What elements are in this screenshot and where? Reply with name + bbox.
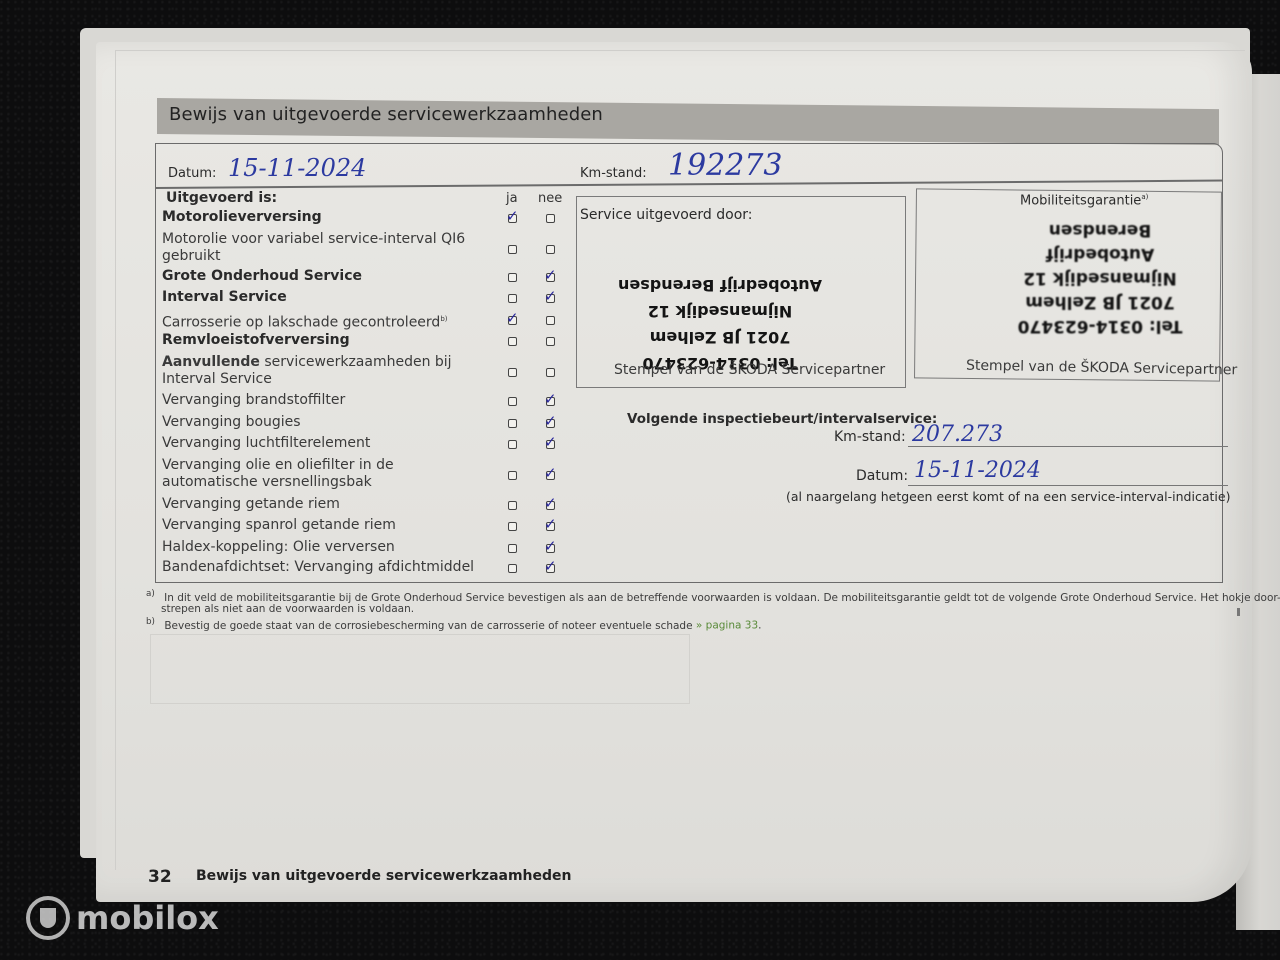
checkbox-ja[interactable] bbox=[508, 544, 517, 553]
stamp-phone: Tel: 0314-623470 bbox=[1000, 314, 1200, 338]
footnote-a: a) In dit veld de mobiliteitsgarantie bi… bbox=[146, 589, 1280, 604]
checklist-item-label: Vervanging olie en oliefilter in de auto… bbox=[162, 457, 492, 491]
checklist-item-text: Vervanging spanrol getande riem bbox=[162, 517, 396, 533]
page-reference-link[interactable]: » pagina 33 bbox=[696, 620, 758, 632]
checkbox-ja[interactable] bbox=[508, 273, 517, 282]
service-by-label: Service uitgevoerd door: bbox=[580, 207, 753, 223]
stamp-caption-service: Stempel van de ŠKODA Servicepartner bbox=[614, 362, 885, 378]
checkbox-ja[interactable] bbox=[508, 316, 517, 325]
checklist-item-label: Grote Onderhoud Service bbox=[162, 268, 492, 285]
checklist-item-text: Vervanging luchtfilterelement bbox=[162, 435, 370, 451]
checklist-item-text: Grote Onderhoud Service bbox=[162, 268, 362, 284]
footnote-mark: b) bbox=[440, 315, 447, 323]
mobilox-logo-icon bbox=[26, 896, 70, 940]
mobility-footnote-mark: a) bbox=[1141, 193, 1148, 201]
footnote-a-line2: strepen als niet aan de voorwaarden is v… bbox=[161, 603, 414, 615]
date-value-handwritten: 15-11-2024 bbox=[228, 154, 366, 182]
dealer-stamp: Tel: 0314-623470 7021 JB Zelhem Nijmanse… bbox=[600, 272, 840, 376]
checkbox-nee[interactable] bbox=[546, 419, 555, 428]
page-footer-title: Bewijs van uitgevoerde servicewerkzaamhe… bbox=[196, 868, 572, 884]
stamp-company: Autobedrijf Berendsen bbox=[600, 272, 840, 298]
footnote-b-tail: . bbox=[758, 620, 761, 632]
checkbox-ja[interactable] bbox=[508, 522, 517, 531]
checkbox-nee[interactable] bbox=[546, 440, 555, 449]
footnote-a-text: In dit veld de mobiliteitsgarantie bij d… bbox=[164, 592, 1280, 604]
checkbox-ja[interactable] bbox=[508, 245, 517, 254]
checklist-item-label: Carrosserie op lakschade gecontroleerdb) bbox=[162, 311, 492, 332]
km-label: Km-stand: bbox=[580, 166, 647, 181]
checklist-item-label: Motorolie voor variabel service-interval… bbox=[162, 231, 492, 265]
stamp-city: 7021 JB Zelhem bbox=[1000, 290, 1200, 314]
show-through-box bbox=[150, 634, 690, 704]
next-km-label: Km-stand: bbox=[834, 429, 906, 445]
performed-label: Uitgevoerd is: bbox=[166, 190, 277, 206]
page-number: 32 bbox=[148, 867, 172, 887]
checklist-item-text: Vervanging olie en oliefilter in de auto… bbox=[162, 457, 394, 490]
next-km-value-handwritten: 207.273 bbox=[912, 422, 1003, 447]
footnote-b-mark: b) bbox=[146, 617, 155, 627]
checkbox-ja[interactable] bbox=[508, 419, 517, 428]
checkbox-nee[interactable] bbox=[546, 564, 555, 573]
col-header-no: nee bbox=[538, 191, 562, 206]
checklist-item-label: Vervanging brandstoffilter bbox=[162, 392, 492, 409]
checkbox-ja[interactable] bbox=[508, 471, 517, 480]
checkbox-nee[interactable] bbox=[546, 544, 555, 553]
checkbox-nee[interactable] bbox=[546, 245, 555, 254]
next-service-note: (al naargelang hetgeen eerst komt of na … bbox=[786, 489, 1230, 504]
section-title: Bewijs van uitgevoerde servicewerkzaamhe… bbox=[169, 104, 603, 125]
next-date-value-handwritten: 15-11-2024 bbox=[914, 458, 1041, 483]
watermark-text: mobilox bbox=[76, 899, 219, 937]
checkbox-ja[interactable] bbox=[508, 368, 517, 377]
checkbox-nee[interactable] bbox=[546, 294, 555, 303]
checkbox-ja[interactable] bbox=[508, 337, 517, 346]
checklist-item-text: Motorolie voor variabel service-interval… bbox=[162, 231, 465, 264]
checklist-item-label: Motorolieverversing bbox=[162, 209, 492, 226]
footnote-a-mark: a) bbox=[146, 589, 155, 599]
checkbox-nee[interactable] bbox=[546, 397, 555, 406]
checkbox-nee[interactable] bbox=[546, 273, 555, 282]
next-km-line bbox=[908, 446, 1228, 447]
checkbox-nee[interactable] bbox=[546, 316, 555, 325]
footnote-b-text: Bevestig de goede staat van de corrosieb… bbox=[164, 620, 696, 632]
checkbox-nee[interactable] bbox=[546, 214, 555, 223]
col-header-yes: ja bbox=[506, 191, 518, 206]
checklist-item-text: Interval Service bbox=[162, 289, 287, 305]
stamp-street: Nijmansedijk 12 bbox=[600, 298, 840, 324]
checkbox-ja[interactable] bbox=[508, 294, 517, 303]
next-date-line bbox=[908, 485, 1228, 486]
checkbox-nee[interactable] bbox=[546, 471, 555, 480]
stamp-city: 7021 JB Zelhem bbox=[600, 324, 840, 350]
date-label: Datum: bbox=[168, 166, 216, 181]
checklist-item-label: Haldex-koppeling: Olie verversen bbox=[162, 539, 492, 556]
footnote-b: b) Bevestig de goede staat van de corros… bbox=[146, 617, 761, 632]
checklist-item-text: Haldex-koppeling: Olie verversen bbox=[162, 539, 395, 555]
dealer-stamp-mobility: Tel: 0314-623470 7021 JB Zelhem Nijmanse… bbox=[1000, 218, 1200, 338]
checklist-item-text: Remvloeistofverversing bbox=[162, 332, 350, 348]
stamp-company: Autobedrijf Berendsen bbox=[1000, 218, 1200, 266]
mobility-label-text: Mobiliteitsgarantie bbox=[1020, 193, 1141, 208]
checklist-item-text: Motorolieverversing bbox=[162, 209, 322, 225]
page-margin-mark bbox=[1237, 608, 1240, 616]
checkbox-nee[interactable] bbox=[546, 337, 555, 346]
checklist-item-label: Interval Service bbox=[162, 289, 492, 306]
checkbox-nee[interactable] bbox=[546, 368, 555, 377]
stamp-street: Nijmansedijk 12 bbox=[1000, 266, 1200, 290]
checklist-item-label: Vervanging getande riem bbox=[162, 496, 492, 513]
next-service-label: Volgende inspectiebeurt/intervalservice: bbox=[627, 411, 937, 427]
checklist-item-label: Vervanging spanrol getande riem bbox=[162, 517, 492, 534]
checklist-item-label-bold: Aanvullende bbox=[162, 354, 260, 370]
checkbox-ja[interactable] bbox=[508, 397, 517, 406]
checklist-item-label: Vervanging bougies bbox=[162, 414, 492, 431]
checkbox-nee[interactable] bbox=[546, 522, 555, 531]
checkbox-ja[interactable] bbox=[508, 440, 517, 449]
checkbox-nee[interactable] bbox=[546, 501, 555, 510]
checklist-item-text: Bandenafdichtset: Vervanging afdichtmidd… bbox=[162, 559, 474, 575]
checklist-item-text: Carrosserie op lakschade gecontroleerd bbox=[162, 315, 440, 331]
checkbox-ja[interactable] bbox=[508, 564, 517, 573]
checklist-item-text: Vervanging bougies bbox=[162, 414, 301, 430]
checklist-item-label: Vervanging luchtfilterelement bbox=[162, 435, 492, 452]
mobility-label: Mobiliteitsgarantiea) bbox=[1020, 193, 1148, 208]
checklist-item-text: Vervanging getande riem bbox=[162, 496, 340, 512]
checkbox-ja[interactable] bbox=[508, 214, 517, 223]
watermark: mobilox bbox=[26, 896, 219, 940]
checklist-item-label: Aanvullende servicewerkzaamheden bij Int… bbox=[162, 354, 492, 388]
checklist-item-label: Bandenafdichtset: Vervanging afdichtmidd… bbox=[162, 559, 492, 576]
km-value-handwritten: 192273 bbox=[668, 148, 783, 183]
checkbox-ja[interactable] bbox=[508, 501, 517, 510]
checklist-item-text: Vervanging brandstoffilter bbox=[162, 392, 345, 408]
next-date-label: Datum: bbox=[856, 468, 908, 484]
checklist-item-label: Remvloeistofverversing bbox=[162, 332, 492, 349]
